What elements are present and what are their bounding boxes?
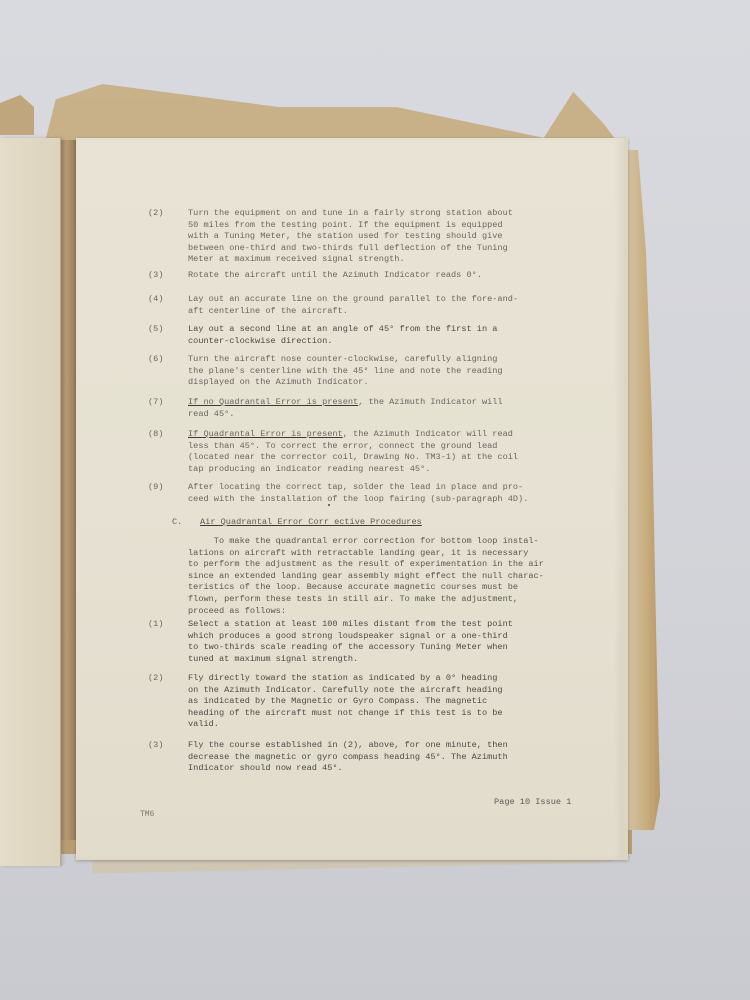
item-text: Select a station at least 100 miles dist… [188,619,568,665]
line: teristics of the loop. Because accurate … [188,582,588,594]
line: proceed as follows: [188,606,588,618]
line: less than 45°. To correct the error, con… [188,441,568,453]
line: Lay out an accurate line on the ground p… [188,294,568,306]
item-text: Turn the aircraft nose counter-clockwise… [188,354,568,389]
document-code: TM6 [140,810,154,819]
line: heading of the aircraft must not change … [188,708,568,720]
line: Turn the aircraft nose counter-clockwise… [188,354,568,366]
line: Meter at maximum received signal strengt… [188,254,568,266]
item-number: (5) [148,324,163,336]
line: Indicator should now read 45°. [188,763,568,775]
line: valid. [188,719,568,731]
item-number: (2) [148,673,163,685]
section-title: Air Quadrantal Error Corr ective Procedu… [200,517,422,527]
item-text: Lay out an accurate line on the ground p… [188,294,568,317]
line: Fly directly toward the station as indic… [188,673,568,685]
item-text: Turn the equipment on and tune in a fair… [188,208,568,266]
line: Fly the course established in (2), above… [188,740,568,752]
item-text: After locating the correct tap, solder t… [188,482,568,505]
item-number: (8) [148,429,163,441]
underlined-condition: If no Quadrantal Error is present [188,397,358,407]
line: decrease the magnetic or gyro compass he… [188,752,568,764]
item-number: (3) [148,270,163,282]
line: tap producing an indicator reading neare… [188,464,568,476]
line: ceed with the installation of the loop f… [188,494,568,506]
line: with a Tuning Meter, the station used fo… [188,231,568,243]
list-item: (3) Fly the course established in (2), a… [188,740,568,775]
line: between one-third and two-thirds full de… [188,243,568,255]
list-item: (9) After locating the correct tap, sold… [188,482,568,505]
document-page: (2) Turn the equipment on and tune in a … [76,138,628,860]
list-item: (3) Rotate the aircraft until the Azimut… [188,270,568,282]
section-letter: C. [172,517,182,527]
line: tuned at maximum signal strength. [188,654,568,666]
line: Rotate the aircraft until the Azimuth In… [188,270,568,282]
line: on the Azimuth Indicator. Carefully note… [188,685,568,697]
page-number: Page 10 Issue 1 [494,797,571,807]
folder-right-edge [622,150,662,830]
item-text: Lay out a second line at an angle of 45°… [188,324,568,347]
underlined-condition: If Quadrantal Error is present [188,429,343,439]
list-item: (5) Lay out a second line at an angle of… [188,324,568,347]
line: , the Azimuth Indicator will read [343,429,513,439]
list-item: (4) Lay out an accurate line on the grou… [188,294,568,317]
line: counter-clockwise direction. [188,336,568,348]
line: lations on aircraft with retractable lan… [188,548,588,560]
line: which produces a good strong loudspeaker… [188,631,568,643]
line: After locating the correct tap, solder t… [188,482,568,494]
list-item: (1) Select a station at least 100 miles … [188,619,568,665]
line: since an extended landing gear assembly … [188,571,588,583]
item-number: (1) [148,619,163,631]
line: (located near the corrector coil, Drawin… [188,452,568,464]
item-number: (4) [148,294,163,306]
line: Lay out a second line at an angle of 45°… [188,324,568,336]
ink-dot [328,504,330,506]
line: to two-thirds scale reading of the acces… [188,642,568,654]
folder-flap-left [0,95,34,135]
line: , the Azimuth Indicator will [358,397,502,407]
section-intro: To make the quadrantal error correction … [188,536,588,617]
item-text: Fly the course established in (2), above… [188,740,568,775]
item-number: (3) [148,740,163,752]
item-number: (9) [148,482,163,494]
item-number: (7) [148,397,163,409]
line: as indicated by the Magnetic or Gyro Com… [188,696,568,708]
line: displayed on the Azimuth Indicator. [188,377,568,389]
left-page [0,138,61,866]
list-item: (7) If no Quadrantal Error is present, t… [188,397,568,420]
line: the plane's centerline with the 45° line… [188,366,568,378]
item-text: If no Quadrantal Error is present, the A… [188,397,568,420]
item-text: Rotate the aircraft until the Azimuth In… [188,270,568,282]
line: Turn the equipment on and tune in a fair… [188,208,568,220]
line: 50 miles from the testing point. If the … [188,220,568,232]
line: to perform the adjustment as the result … [188,559,588,571]
list-item: (8) If Quadrantal Error is present, the … [188,429,568,475]
list-item: (2) Fly directly toward the station as i… [188,673,568,731]
item-number: (6) [148,354,163,366]
list-item: (2) Turn the equipment on and tune in a … [188,208,568,266]
line: flown, perform these tests in still air.… [188,594,588,606]
line: read 45°. [188,409,568,421]
line: To make the quadrantal error correction … [188,536,588,548]
item-text: If Quadrantal Error is present, the Azim… [188,429,568,475]
item-number: (2) [148,208,163,220]
item-text: Fly directly toward the station as indic… [188,673,568,731]
list-item: (6) Turn the aircraft nose counter-clock… [188,354,568,389]
line: Select a station at least 100 miles dist… [188,619,568,631]
line: aft centerline of the aircraft. [188,306,568,318]
